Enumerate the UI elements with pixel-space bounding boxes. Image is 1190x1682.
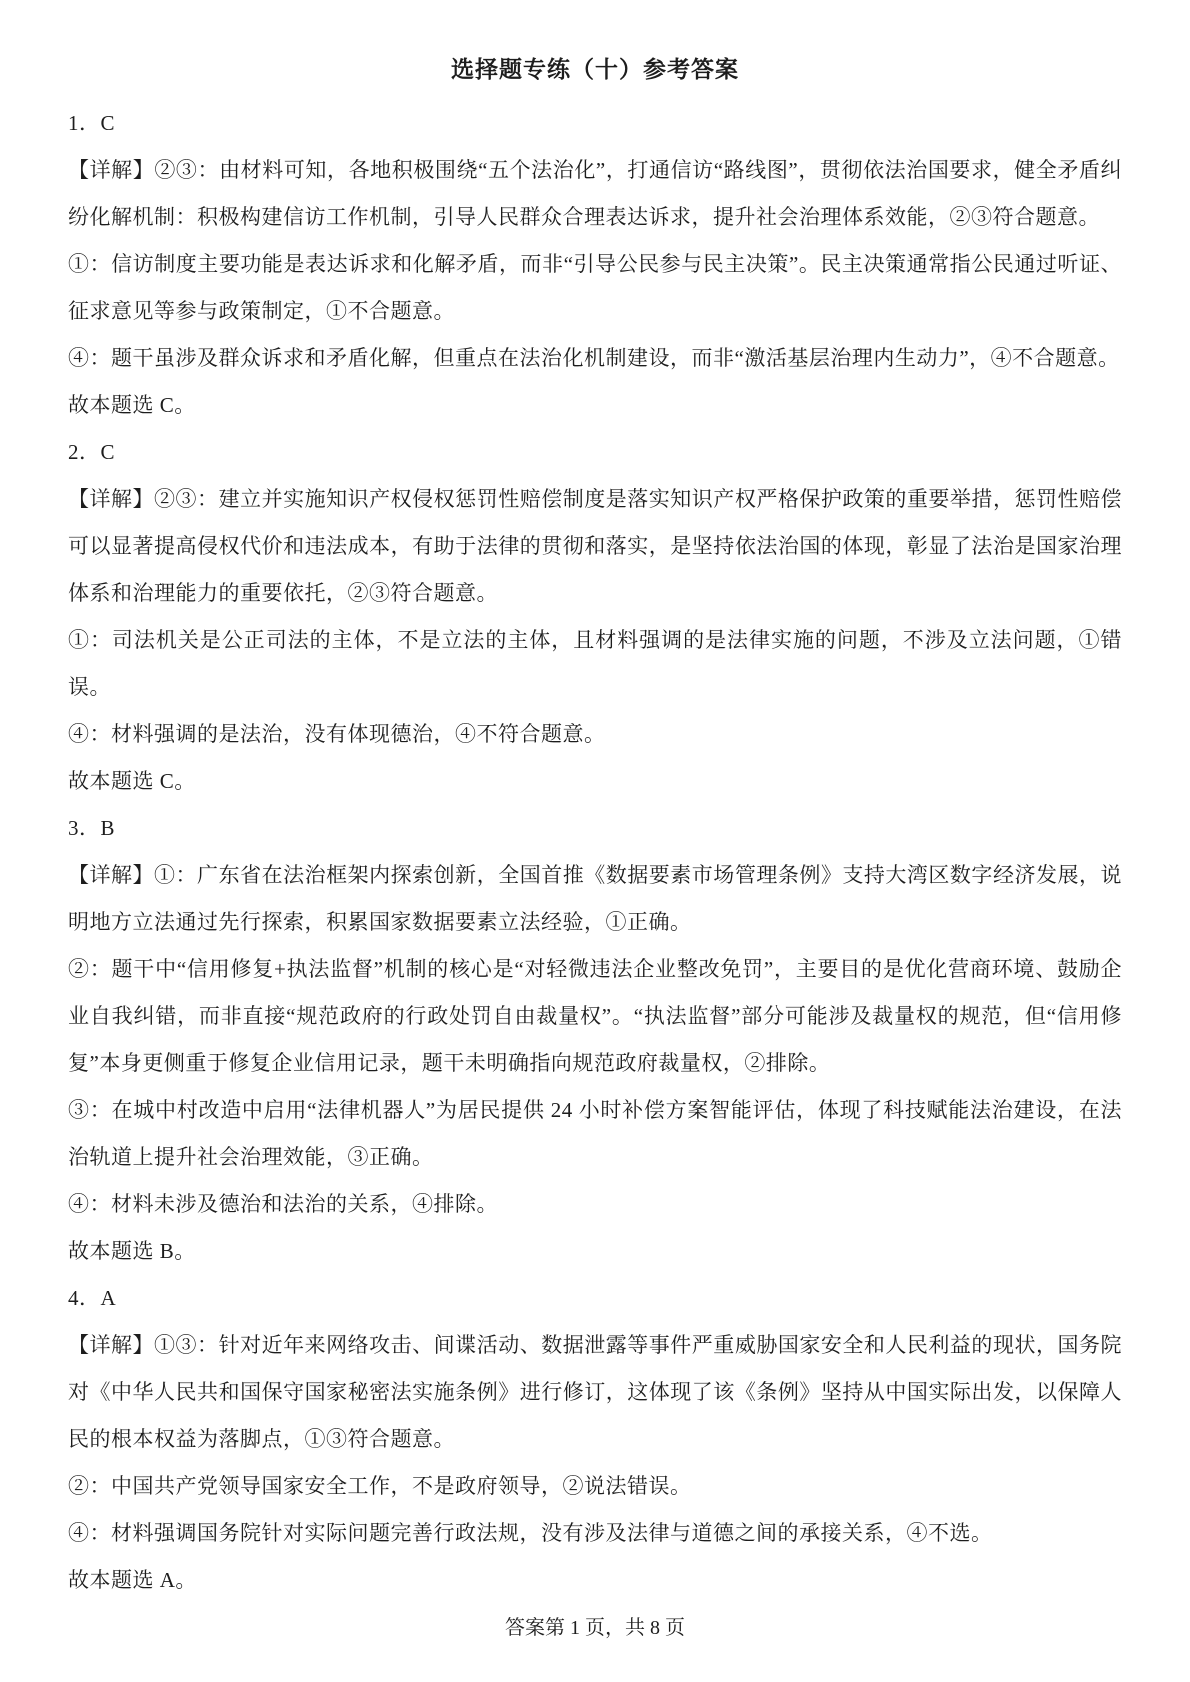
- page-footer: 答案第 1 页，共 8 页: [0, 1616, 1190, 1640]
- page-title: 选择题专练（十）参考答案: [68, 52, 1122, 88]
- question-3-answer: 3．B: [68, 805, 1122, 852]
- question-2-option-1-analysis: ①：司法机关是公正司法的主体，不是立法的主体，且材料强调的是法律实施的问题，不涉…: [68, 617, 1122, 711]
- question-1-explanation: 【详解】②③：由材料可知，各地积极围绕“五个法治化”，打通信访“路线图”，贯彻依…: [68, 147, 1122, 241]
- question-3-option-3-analysis: ③：在城中村改造中启用“法律机器人”为居民提供 24 小时补偿方案智能评估，体现…: [68, 1087, 1122, 1181]
- question-1-conclusion: 故本题选 C。: [68, 382, 1122, 429]
- document-body: 1．C 【详解】②③：由材料可知，各地积极围绕“五个法治化”，打通信访“路线图”…: [68, 100, 1122, 1604]
- question-4-option-2-analysis: ②：中国共产党领导国家安全工作，不是政府领导，②说法错误。: [68, 1463, 1122, 1510]
- question-2-answer: 2．C: [68, 429, 1122, 476]
- question-3-option-4-analysis: ④：材料未涉及德治和法治的关系，④排除。: [68, 1181, 1122, 1228]
- question-1-option-4-analysis: ④：题干虽涉及群众诉求和矛盾化解，但重点在法治化机制建设，而非“激活基层治理内生…: [68, 335, 1122, 382]
- question-4-explanation: 【详解】①③：针对近年来网络攻击、间谍活动、数据泄露等事件严重威胁国家安全和人民…: [68, 1322, 1122, 1463]
- question-2-explanation: 【详解】②③：建立并实施知识产权侵权惩罚性赔偿制度是落实知识产权严格保护政策的重…: [68, 476, 1122, 617]
- question-2-conclusion: 故本题选 C。: [68, 758, 1122, 805]
- question-1-option-1-analysis: ①：信访制度主要功能是表达诉求和化解矛盾，而非“引导公民参与民主决策”。民主决策…: [68, 241, 1122, 335]
- question-3-explanation: 【详解】①：广东省在法治框架内探索创新，全国首推《数据要素市场管理条例》支持大湾…: [68, 852, 1122, 946]
- question-1-answer: 1．C: [68, 100, 1122, 147]
- question-4-option-4-analysis: ④：材料强调国务院针对实际问题完善行政法规，没有涉及法律与道德之间的承接关系，④…: [68, 1510, 1122, 1557]
- question-4-answer: 4．A: [68, 1275, 1122, 1322]
- question-3-conclusion: 故本题选 B。: [68, 1228, 1122, 1275]
- answer-key-page: 选择题专练（十）参考答案 1．C 【详解】②③：由材料可知，各地积极围绕“五个法…: [0, 0, 1190, 1682]
- question-2-option-4-analysis: ④：材料强调的是法治，没有体现德治，④不符合题意。: [68, 711, 1122, 758]
- question-4-conclusion: 故本题选 A。: [68, 1557, 1122, 1604]
- question-3-option-2-analysis: ②：题干中“信用修复+执法监督”机制的核心是“对轻微违法企业整改免罚”，主要目的…: [68, 946, 1122, 1087]
